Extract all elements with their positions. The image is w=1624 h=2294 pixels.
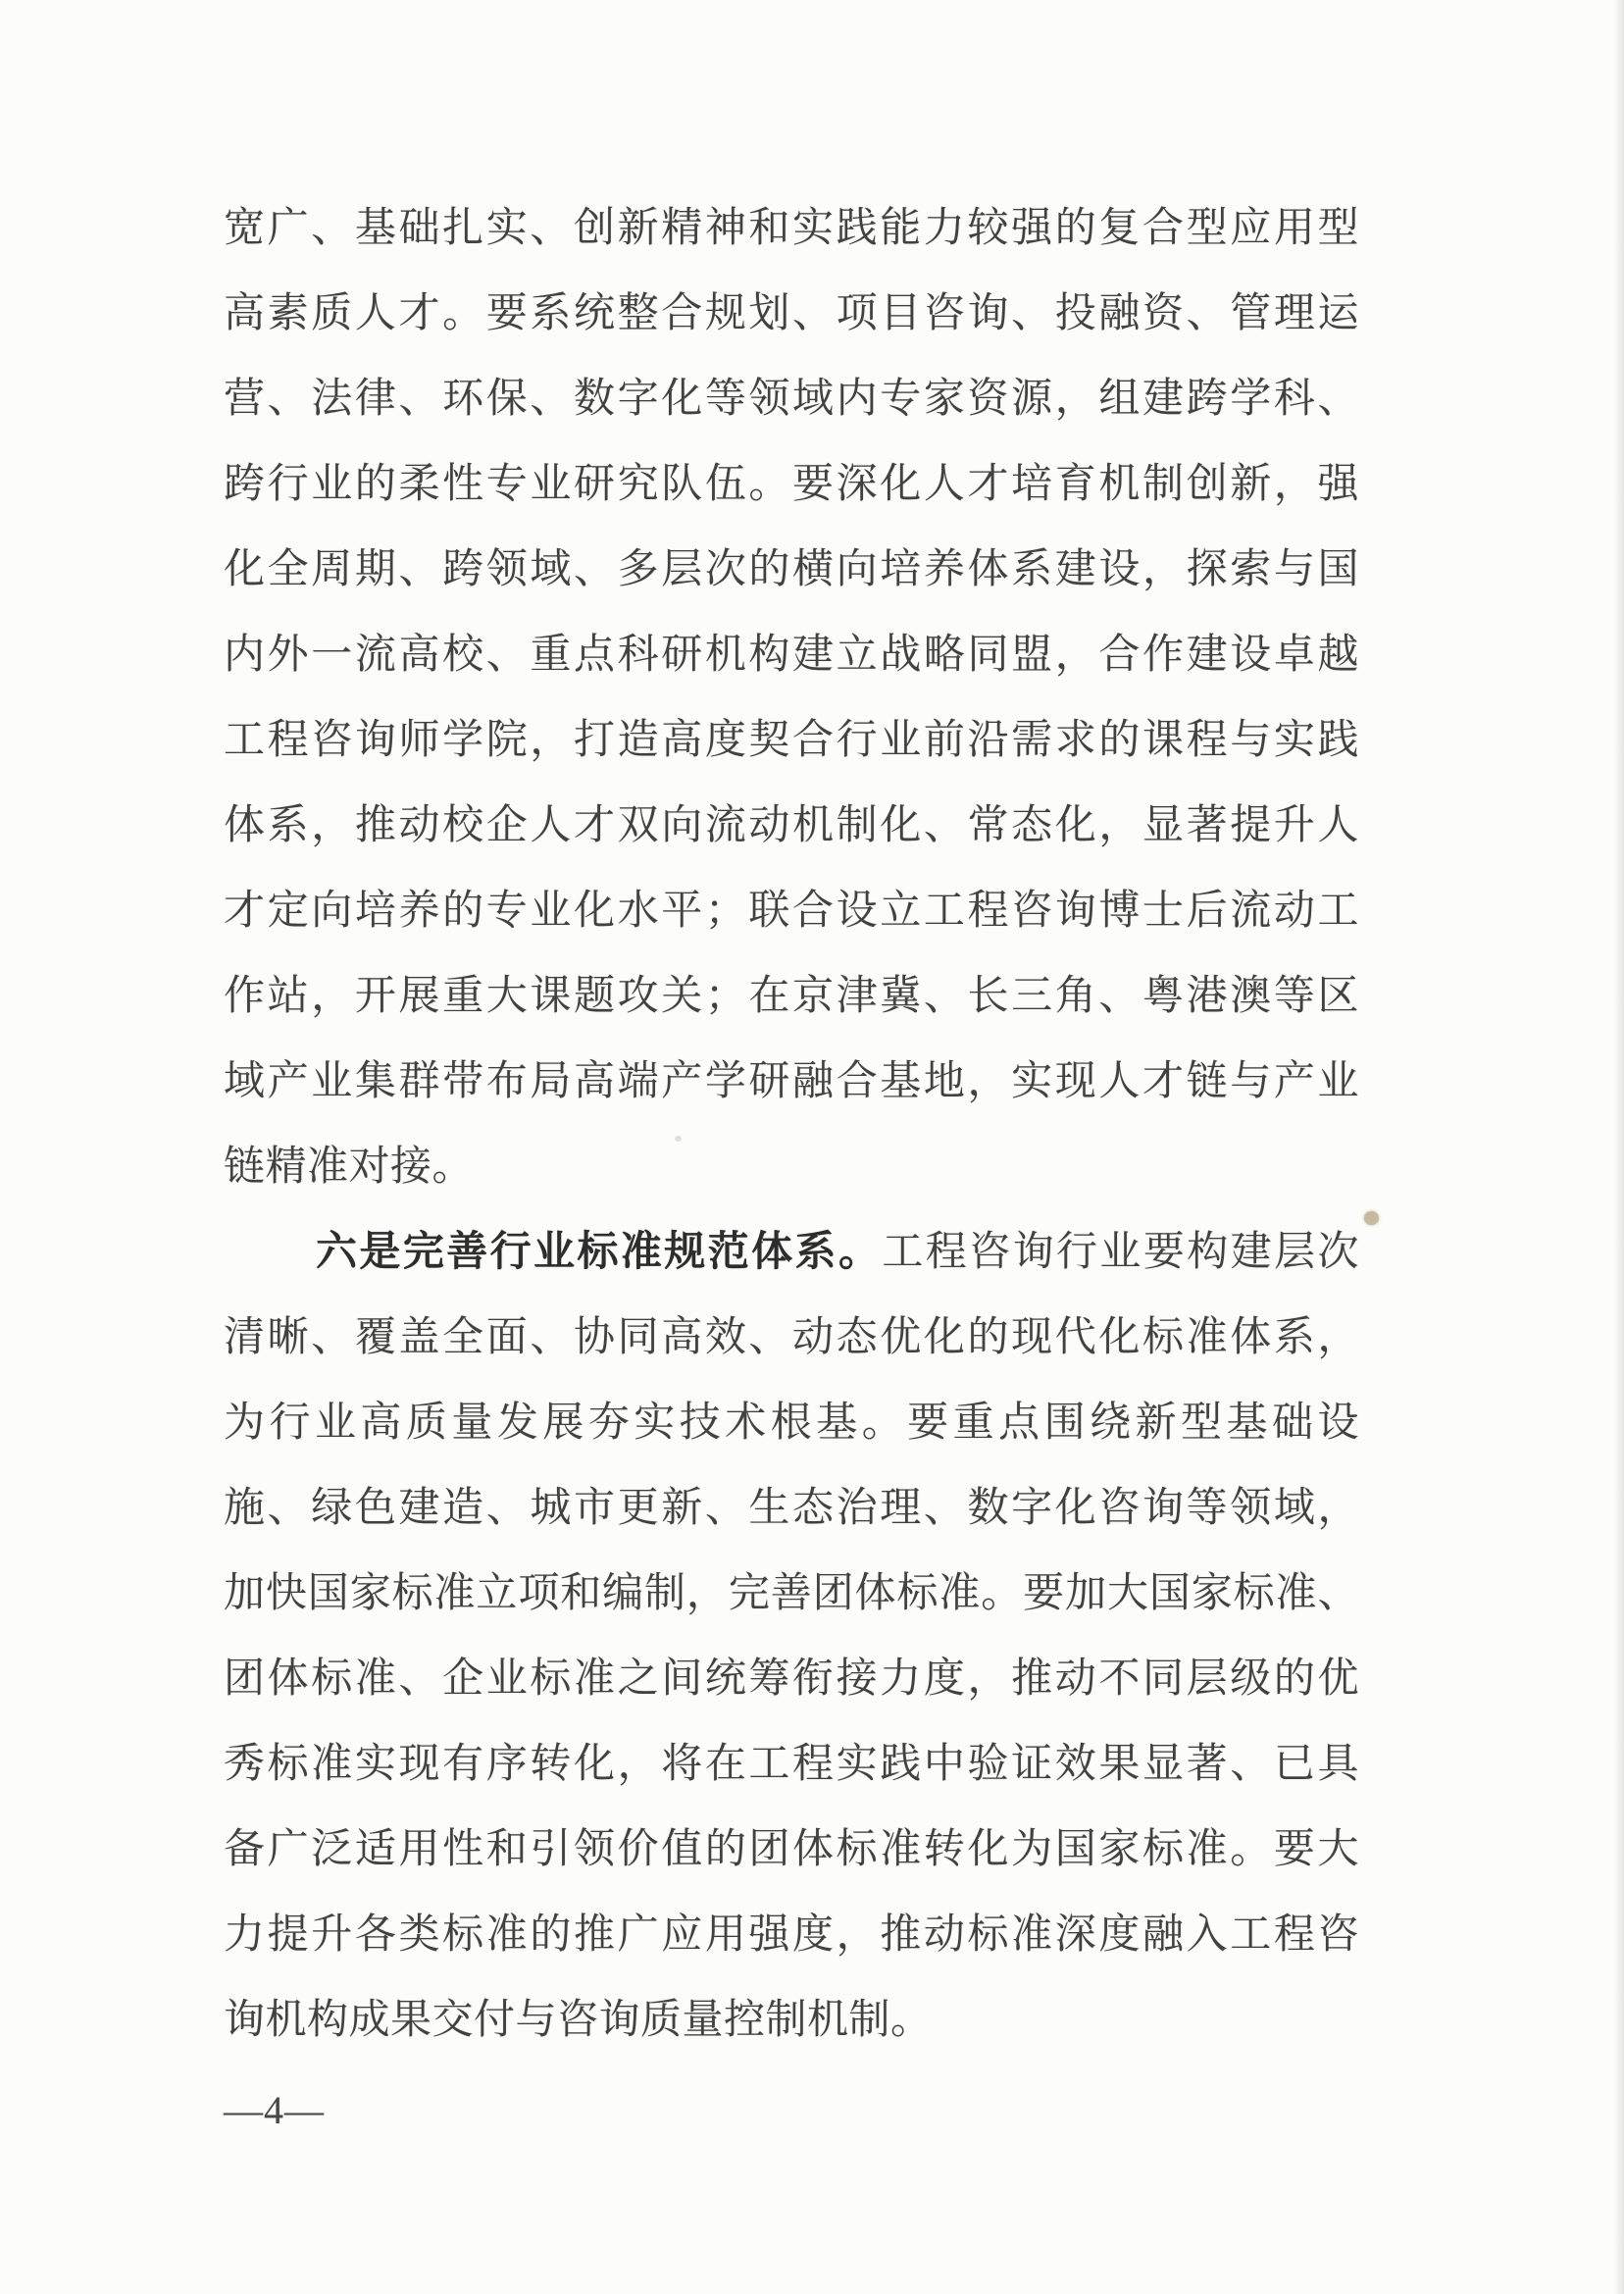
text-line: 秀标准实现有序转化，将在工程实践中验证效果显著、已具 xyxy=(224,1722,1359,1808)
text-line: 备广泛适用性和引领价值的团体标准转化为国家标准。要大 xyxy=(224,1808,1359,1893)
text-line: 域产业集群带布局高端产学研融合基地，实现人才链与产业 xyxy=(224,1040,1359,1125)
text-line: 高素质人才。要系统整合规划、项目咨询、投融资、管理运 xyxy=(224,272,1359,357)
text-line: 作站，开展重大课题攻关；在京津冀、长三角、粤港澳等区 xyxy=(224,954,1359,1040)
text-line: 施、绿色建造、城市更新、生态治理、数字化咨询等领域， xyxy=(224,1466,1359,1552)
page-number: —4— xyxy=(224,2067,325,2153)
text-line: 内外一流高校、重点科研机构建立战略同盟，合作建设卓越 xyxy=(224,613,1359,698)
text-line: 力提升各类标准的推广应用强度，推动标准深度融入工程咨 xyxy=(224,1893,1359,1978)
document-page: 宽广、基础扎实、创新精神和实践能力较强的复合型应用型高素质人才。要系统整合规划、… xyxy=(0,0,1624,2294)
text-line: 营、法律、环保、数字化等领域内专家资源，组建跨学科、 xyxy=(224,357,1359,442)
text-line: 询机构成果交付与咨询质量控制机制。 xyxy=(224,1978,1359,2064)
text-line: 加快国家标准立项和编制，完善团体标准。要加大国家标准、 xyxy=(224,1552,1359,1637)
text-line: 宽广、基础扎实、创新精神和实践能力较强的复合型应用型 xyxy=(224,186,1359,272)
text-line: 才定向培养的专业化水平；联合设立工程咨询博士后流动工 xyxy=(224,869,1359,954)
paragraph-lead-bold: 六是完善行业标准规范体系。 xyxy=(316,1230,882,1275)
text-line: 跨行业的柔性专业研究队伍。要深化人才培育机制创新，强 xyxy=(224,442,1359,528)
text-line: 为行业高质量发展夯实技术根基。要重点围绕新型基础设 xyxy=(224,1381,1359,1466)
text-line: 化全周期、跨领域、多层次的横向培养体系建设，探索与国 xyxy=(224,528,1359,613)
text-line: 六是完善行业标准规范体系。工程咨询行业要构建层次 xyxy=(224,1210,1359,1296)
text-line: 清晰、覆盖全面、协同高效、动态优化的现代化标准体系， xyxy=(224,1296,1359,1381)
text-line: 工程咨询师学院，打造高度契合行业前沿需求的课程与实践 xyxy=(224,698,1359,784)
text-line: 体系，推动校企人才双向流动机制化、常态化，显著提升人 xyxy=(224,784,1359,869)
scan-edge-shading xyxy=(1614,0,1624,2294)
body-text: 宽广、基础扎实、创新精神和实践能力较强的复合型应用型高素质人才。要系统整合规划、… xyxy=(224,186,1359,2064)
text-line: 链精准对接。 xyxy=(224,1125,1359,1210)
paper-speck xyxy=(1364,1211,1379,1225)
text-line: 团体标准、企业标准之间统筹衔接力度，推动不同层级的优 xyxy=(224,1637,1359,1722)
